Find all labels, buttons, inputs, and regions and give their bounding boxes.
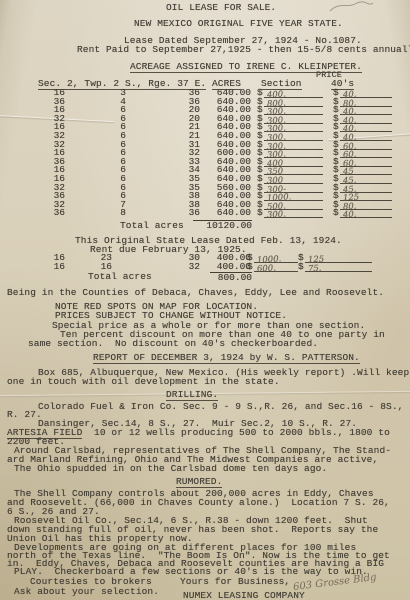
- cell-section-price: $300.: [257, 141, 323, 150]
- total-acres-value: 10120.00: [193, 220, 252, 231]
- cell-forty-price: $40.: [333, 209, 392, 218]
- table-row: 36836640.00$300.$40.: [0, 209, 410, 218]
- cell-section-price: $600.: [247, 263, 298, 272]
- cell-forty-price: $40.: [333, 106, 392, 115]
- cell-forty-price: $80.: [333, 201, 392, 210]
- cell-twp: 6: [65, 192, 126, 201]
- cell-sec: 36: [0, 209, 65, 218]
- page-subtitle: NEW MEXICO ORIGINAL FIVE YEAR STATE.: [134, 19, 343, 29]
- cell-forty-price: $45: [333, 166, 392, 175]
- counties-line: Being in the Counties of Debaca, Chaves,…: [7, 288, 384, 298]
- cell-sec: 16: [0, 263, 65, 272]
- cell-twp: 6: [65, 106, 126, 115]
- handwritten-price: 75.: [308, 265, 322, 274]
- drilling-line-2: R. 27.: [7, 410, 42, 420]
- cell-twp: 4: [65, 98, 126, 107]
- cell-section-price: $300.: [257, 149, 323, 158]
- drilling-line-1: Colorado Fuel & Iron Co. Sec. 9 - 9 S.,R…: [38, 402, 403, 412]
- cell-section-price: $400: [257, 158, 323, 167]
- discount-line-2: same section. No discount on 40's checke…: [28, 339, 318, 349]
- price-line: 1000.: [254, 254, 298, 263]
- dollar-sign: $: [298, 263, 305, 272]
- drilling-heading: DRILLING.: [166, 390, 218, 401]
- cell-forty-price: $125: [298, 254, 372, 263]
- total-acres-label: Total acres: [88, 272, 152, 282]
- cell-section-price: $350: [257, 166, 323, 175]
- price-line: 300.: [264, 209, 323, 218]
- footer-company-name: NUMEX LEASING COMPANY: [183, 591, 305, 600]
- cell-section-price: $300.: [257, 123, 323, 132]
- cell-section-price: $300.: [257, 106, 323, 115]
- drilling-line-8: The Ohio spudded in on the Carlsbad dome…: [14, 464, 327, 474]
- cell-forty-price: $45.: [333, 175, 392, 184]
- total-acres-value: 800.00: [210, 272, 252, 283]
- rent-paid-line: Rent Paid to September 27,1925 - then 15…: [77, 45, 410, 55]
- price-line: 125: [305, 254, 372, 263]
- cell-forty-price: $45.: [333, 184, 392, 193]
- cell-section-price: $500.: [257, 201, 323, 210]
- footer-yours: Yours for Business,: [180, 577, 290, 587]
- dollar-sign: $: [333, 209, 340, 218]
- cell-twp: 8: [65, 209, 126, 218]
- artesia-field-rest: 10 or 12 wells producing 500 to 2000 bbl…: [82, 427, 389, 438]
- cell-section-price: $800.: [257, 98, 323, 107]
- cell-twp: 6: [65, 166, 126, 175]
- dollar-sign: $: [257, 209, 264, 218]
- cell-twp: 6: [65, 141, 126, 150]
- cell-forty-price: $60.: [333, 141, 392, 150]
- acreage-table: 16336640.00$400.$40. 36436640.00$800.$80…: [0, 89, 410, 218]
- cell-section-price: $400.: [257, 89, 323, 98]
- rumored-heading: RUMORED.: [176, 477, 222, 488]
- page-title: OIL LEASE FOR SALE.: [166, 3, 276, 13]
- report-line-2: one in touch with oil development in the…: [7, 377, 280, 387]
- cell-section-price: $300: [257, 175, 323, 184]
- table-row: 161632400.00$600.$75.: [0, 263, 410, 272]
- cell-forty-price: $40.: [333, 123, 392, 132]
- cell-section-price: $300.: [257, 209, 323, 218]
- cell-twp: 6: [65, 175, 126, 184]
- second-lease-table: 162330400.00$1000.$125 161632400.00$600.…: [0, 254, 410, 273]
- cell-rge: 30: [112, 254, 200, 263]
- cell-twp: 6: [65, 158, 126, 167]
- cell-section-price: $300.: [257, 115, 323, 124]
- cell-twp: 6: [65, 149, 126, 158]
- cell-twp: 7: [65, 201, 126, 210]
- cell-rge: 36: [126, 209, 200, 218]
- section-price-column-header: Section: [261, 79, 302, 90]
- price-line: 40.: [340, 209, 392, 218]
- pencil-mark: [328, 0, 376, 14]
- price-line: 75.: [305, 263, 372, 272]
- cell-section-price: $1000.: [257, 192, 323, 201]
- scanned-document: OIL LEASE FOR SALE. NEW MEXICO ORIGINAL …: [0, 0, 410, 600]
- cell-twp: 6: [65, 184, 126, 193]
- cell-section-price: $1000.: [247, 254, 298, 263]
- cell-twp: 6: [65, 132, 126, 141]
- cell-twp: 6: [65, 123, 126, 132]
- cell-acres: 640.00: [200, 209, 251, 218]
- cell-forty-price: $40.: [333, 132, 392, 141]
- handwritten-price: 600.: [257, 265, 276, 274]
- cell-twp: 6: [65, 115, 126, 124]
- cell-forty-price: $60.: [333, 158, 392, 167]
- footer-ask: Ask about your selection.: [14, 587, 159, 597]
- cell-forty-price: $40.: [333, 89, 392, 98]
- cell-forty-price: $125: [333, 192, 392, 201]
- handwritten-price: 40.: [343, 211, 357, 220]
- cell-forty-price: $40.: [333, 115, 392, 124]
- cell-forty-price: $80.: [333, 98, 392, 107]
- cell-forty-price: $75.: [298, 263, 372, 272]
- cell-section-price: $300-: [257, 184, 323, 193]
- cell-section-price: $300.: [257, 132, 323, 141]
- cell-twp: 3: [65, 89, 126, 98]
- report-heading: REPORT OF DECEMBER 3, 1924 by W. S. PATT…: [93, 353, 360, 364]
- total-acres-label: Total acres: [120, 221, 184, 231]
- handwritten-price: 300.: [267, 211, 286, 220]
- cell-forty-price: $60.: [333, 149, 392, 158]
- price-line: 600.: [254, 263, 298, 272]
